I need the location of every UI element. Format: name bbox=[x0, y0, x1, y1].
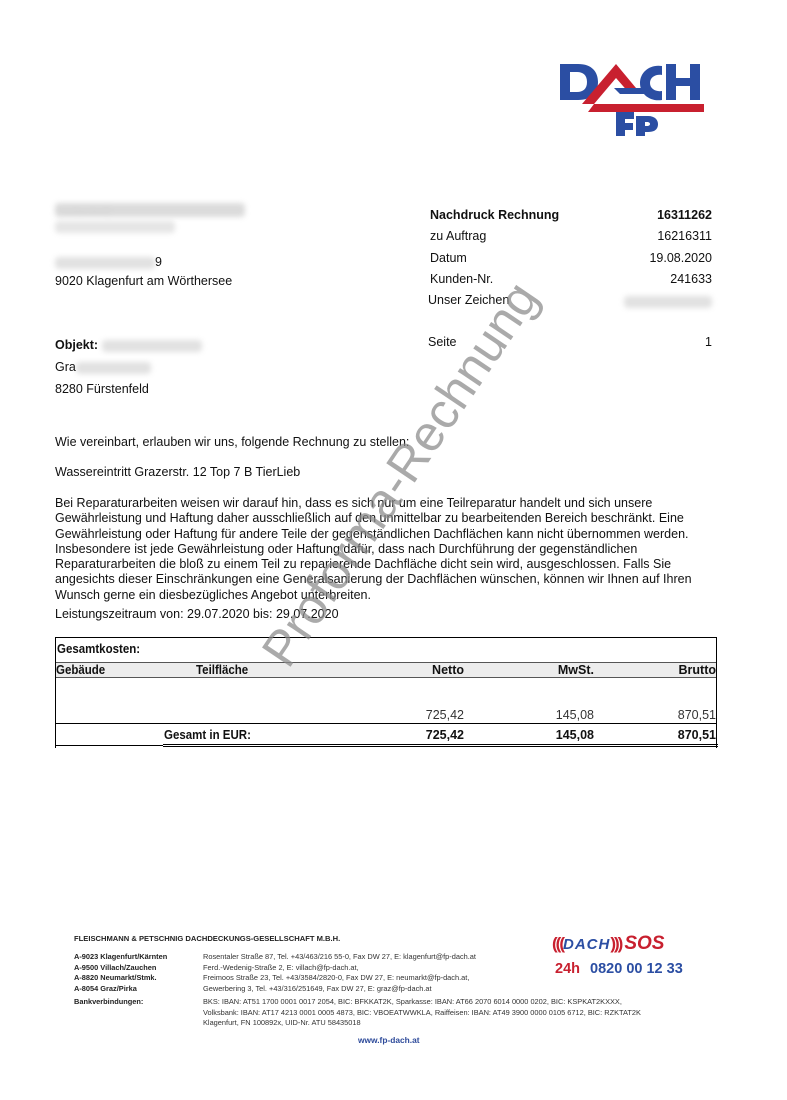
fp-dach-logo bbox=[558, 60, 708, 136]
meta-order: zu Auftrag 16216311 bbox=[430, 229, 712, 249]
service-period: Leistungszeitraum von: 29.07.2020 bis: 2… bbox=[55, 607, 720, 622]
header-building: Gebäude bbox=[56, 663, 105, 677]
object-block: Objekt: bbox=[55, 337, 202, 353]
total-gross: 870,51 bbox=[678, 728, 716, 742]
sos-phone[interactable]: 0820 00 12 33 bbox=[590, 961, 683, 977]
sos-label: SOS bbox=[624, 933, 664, 954]
cost-table: Gesamtkosten: Gebäude Teilfläche Netto M… bbox=[55, 637, 717, 748]
object-label: Objekt: bbox=[55, 338, 98, 352]
intro-text: Wie vereinbart, erlauben wir uns, folgen… bbox=[55, 435, 720, 450]
recipient-city: 9020 Klagenfurt am Wörthersee bbox=[55, 273, 232, 289]
sos-brand: DACH bbox=[563, 936, 610, 953]
row-gross: 870,51 bbox=[678, 708, 716, 722]
header-vat: MwSt. bbox=[558, 663, 594, 677]
disclaimer-text: Bei Reparaturarbeiten weisen wir darauf … bbox=[55, 496, 725, 603]
cost-table-header: Gebäude Teilfläche Netto MwSt. Brutto bbox=[56, 662, 716, 678]
footer-bank-label: Bankverbindungen: bbox=[74, 997, 143, 1008]
object-city: 8280 Fürstenfeld bbox=[55, 381, 149, 397]
row-vat: 145,08 bbox=[556, 708, 594, 722]
meta-page: Seite 1 bbox=[428, 335, 712, 355]
header-gross: Brutto bbox=[679, 663, 717, 677]
recipient-street: 9 bbox=[55, 254, 162, 270]
meta-customer-number: Kunden-Nr. 241633 bbox=[430, 272, 712, 292]
meta-date: Datum 19.08.2020 bbox=[430, 251, 712, 271]
recipient-company: [redacted] bbox=[55, 203, 245, 217]
object-name bbox=[102, 340, 202, 352]
signal-waves-icon: ((( bbox=[552, 934, 563, 953]
total-net: 725,42 bbox=[426, 728, 464, 742]
sos-hours: 24h bbox=[555, 961, 580, 977]
total-label: Gesamt in EUR: bbox=[164, 728, 251, 742]
footer-website-link[interactable]: www.fp-dach.at bbox=[358, 1035, 420, 1045]
header-net: Netto bbox=[432, 663, 464, 677]
recipient-company-line2: [redacted] bbox=[55, 221, 175, 233]
row-net: 725,42 bbox=[426, 708, 464, 722]
signal-waves-icon-right: ))) bbox=[610, 934, 621, 953]
object-street: Gra bbox=[55, 359, 151, 375]
footer-bank-details: BKS: IBAN: AT51 1700 0001 0017 2054, BIC… bbox=[203, 997, 641, 1029]
meta-our-reference: Unser Zeichen bbox=[428, 293, 712, 313]
invoice-title: Nachdruck Rechnung bbox=[430, 208, 559, 222]
invoice-number: 16311262 bbox=[657, 208, 712, 222]
cost-table-title: Gesamtkosten: bbox=[57, 642, 140, 656]
recipient-address: [redacted] [redacted] bbox=[55, 203, 245, 233]
header-area: Teilfläche bbox=[196, 663, 248, 677]
footer-branch-names: A-9023 Klagenfurt/Kärnten A-9500 Villach… bbox=[74, 952, 167, 994]
invoice-title-row: Nachdruck Rechnung 16311262 bbox=[430, 208, 712, 228]
dach-sos-badge: (((DACH)))SOS 24h 0820 00 12 33 bbox=[552, 934, 712, 982]
subject-text: Wassereintritt Grazerstr. 12 Top 7 B Tie… bbox=[55, 465, 720, 480]
footer-branch-details: Rosentaler Straße 87, Tel. +43/463/216 5… bbox=[203, 952, 476, 994]
total-vat: 145,08 bbox=[556, 728, 594, 742]
footer-company: FLEISCHMANN & PETSCHNIG DACHDECKUNGS-GES… bbox=[74, 934, 340, 945]
